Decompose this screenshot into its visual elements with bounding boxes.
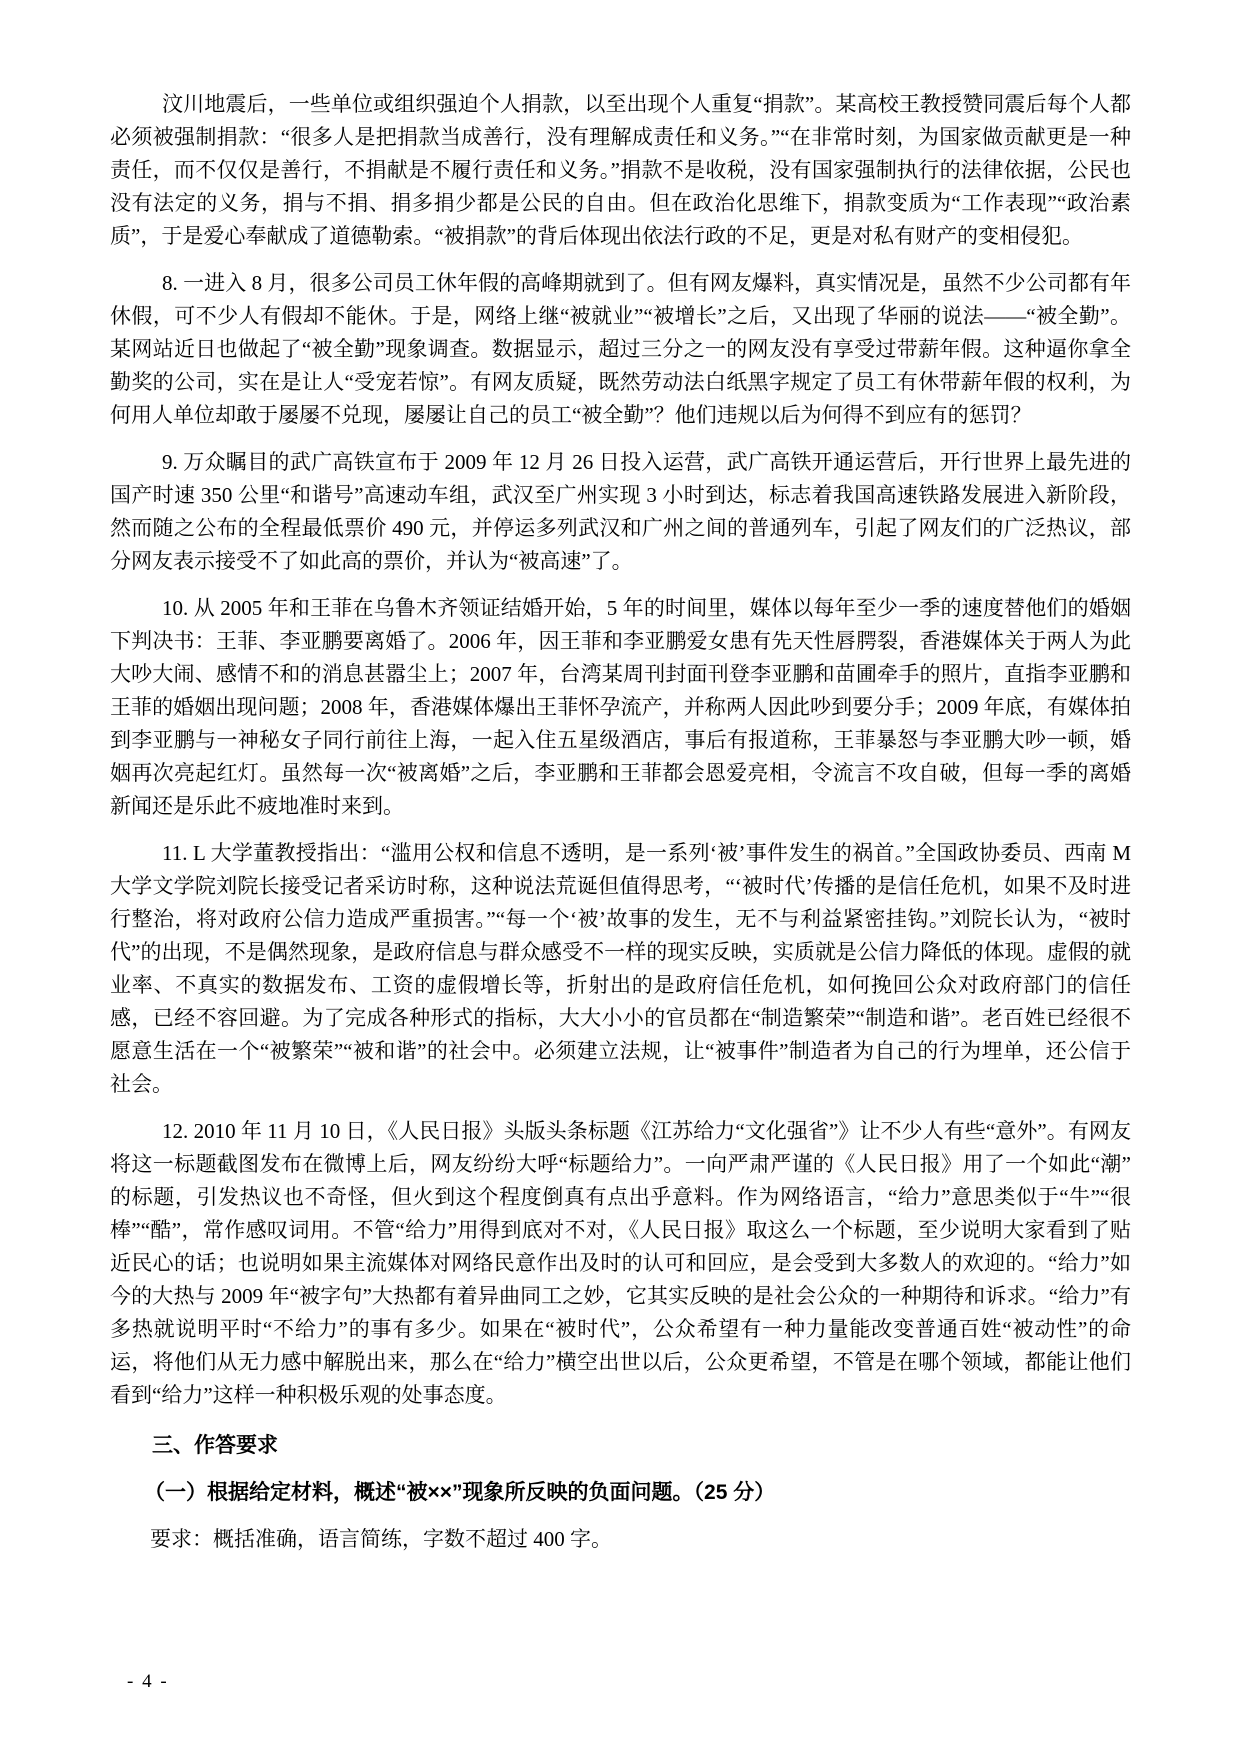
material-paragraph-10: 10. 从 2005 年和王菲在乌鲁木齐领证结婚开始，5 年的时间里，媒体以每年… [110, 592, 1131, 823]
material-paragraph-donation: 汶川地震后，一些单位或组织强迫个人捐款，以至出现个人重复“捐款”。某高校王教授赞… [110, 88, 1131, 253]
question-one-heading: （一）根据给定材料，概述“被××”现象所反映的负面问题。（25 分） [110, 1476, 1131, 1509]
material-paragraph-9: 9. 万众瞩目的武广高铁宣布于 2009 年 12 月 26 日投入运营，武广高… [110, 446, 1131, 578]
question-one-requirement: 要求：概括准确，语言简练，字数不超过 400 字。 [110, 1523, 1131, 1556]
material-paragraph-12: 12. 2010 年 11 月 10 日，《人民日报》头版头条标题《江苏给力“文… [110, 1115, 1131, 1412]
page-number: - 4 - [127, 1671, 169, 1693]
document-page: 汶川地震后，一些单位或组织强迫个人捐款，以至出现个人重复“捐款”。某高校王教授赞… [0, 0, 1241, 1754]
section-heading-answer-requirements: 三、作答要求 [110, 1429, 1131, 1462]
material-paragraph-8: 8. 一进入 8 月，很多公司员工休年假的高峰期就到了。但有网友爆料，真实情况是… [110, 267, 1131, 432]
material-paragraph-11: 11. L 大学董教授指出：“滥用公权和信息不透明，是一系列‘被’事件发生的祸首… [110, 837, 1131, 1101]
document-content: 汶川地震后，一些单位或组织强迫个人捐款，以至出现个人重复“捐款”。某高校王教授赞… [110, 88, 1131, 1556]
